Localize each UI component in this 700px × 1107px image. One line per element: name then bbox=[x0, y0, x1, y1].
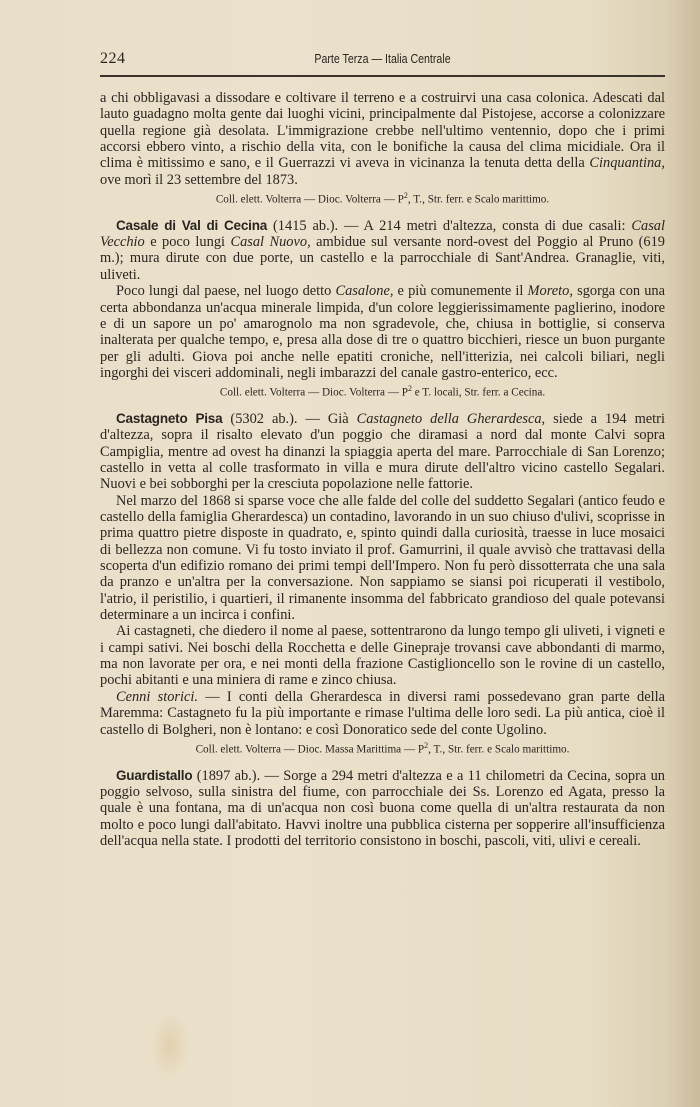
spacer bbox=[100, 208, 665, 218]
place-name-italic: Cinquantina bbox=[589, 155, 661, 171]
running-title: Parte Terza — Italia Centrale bbox=[142, 52, 622, 66]
entry-castagneto: Castagneto Pisa (5302 ab.). — Già Castag… bbox=[100, 411, 665, 758]
entry-population: (1897 ab.). bbox=[197, 768, 260, 784]
page-header: 224 Parte Terza — Italia Centrale bbox=[100, 50, 665, 70]
admin-note: Coll. elett. Volterra — Dioc. Volterra —… bbox=[100, 381, 665, 401]
header-rule bbox=[100, 75, 665, 77]
entry-title: Castagneto Pisa bbox=[116, 411, 222, 426]
entry-population: (1415 ab.). bbox=[273, 218, 338, 234]
entry-paragraph: Poco lungi dal paese, nel luogo detto Ca… bbox=[100, 283, 665, 381]
intro-paragraph: a chi obbligavasi a dissodare e coltivar… bbox=[100, 90, 665, 188]
page-number: 224 bbox=[100, 50, 126, 68]
page-body: a chi obbligavasi a dissodare e coltivar… bbox=[100, 90, 665, 849]
entry-paragraph: Ai castagneti, che diedero il nome al pa… bbox=[100, 623, 665, 688]
section-label: Cenni storici. bbox=[116, 689, 198, 705]
admin-note: Coll. elett. Volterra — Dioc. Volterra —… bbox=[100, 188, 665, 208]
entry-title: Guardistallo bbox=[116, 768, 192, 783]
entry-paragraph: Nel marzo del 1868 si sparse voce che al… bbox=[100, 493, 665, 624]
entry-paragraph: Cenni storici. — I conti della Gherardes… bbox=[100, 689, 665, 738]
entry-casale: Casale di Val di Cecina (1415 ab.). — A … bbox=[100, 218, 665, 401]
entry-guardistallo: Guardistallo (1897 ab.). — Sorge a 294 m… bbox=[100, 768, 665, 850]
admin-note: Coll. elett. Volterra — Dioc. Massa Mari… bbox=[100, 738, 665, 758]
entry-paragraph: Casale di Val di Cecina (1415 ab.). — A … bbox=[100, 218, 665, 283]
entry-title: Casale di Val di Cecina bbox=[116, 218, 267, 233]
book-page: 224 Parte Terza — Italia Centrale a chi … bbox=[0, 0, 700, 1107]
entry-population: (5302 ab.). bbox=[230, 411, 297, 427]
entry-paragraph: Castagneto Pisa (5302 ab.). — Già Castag… bbox=[100, 411, 665, 493]
spacer bbox=[100, 758, 665, 768]
paper-stain bbox=[150, 1010, 190, 1080]
entry-paragraph: Guardistallo (1897 ab.). — Sorge a 294 m… bbox=[100, 768, 665, 850]
spacer bbox=[100, 401, 665, 411]
